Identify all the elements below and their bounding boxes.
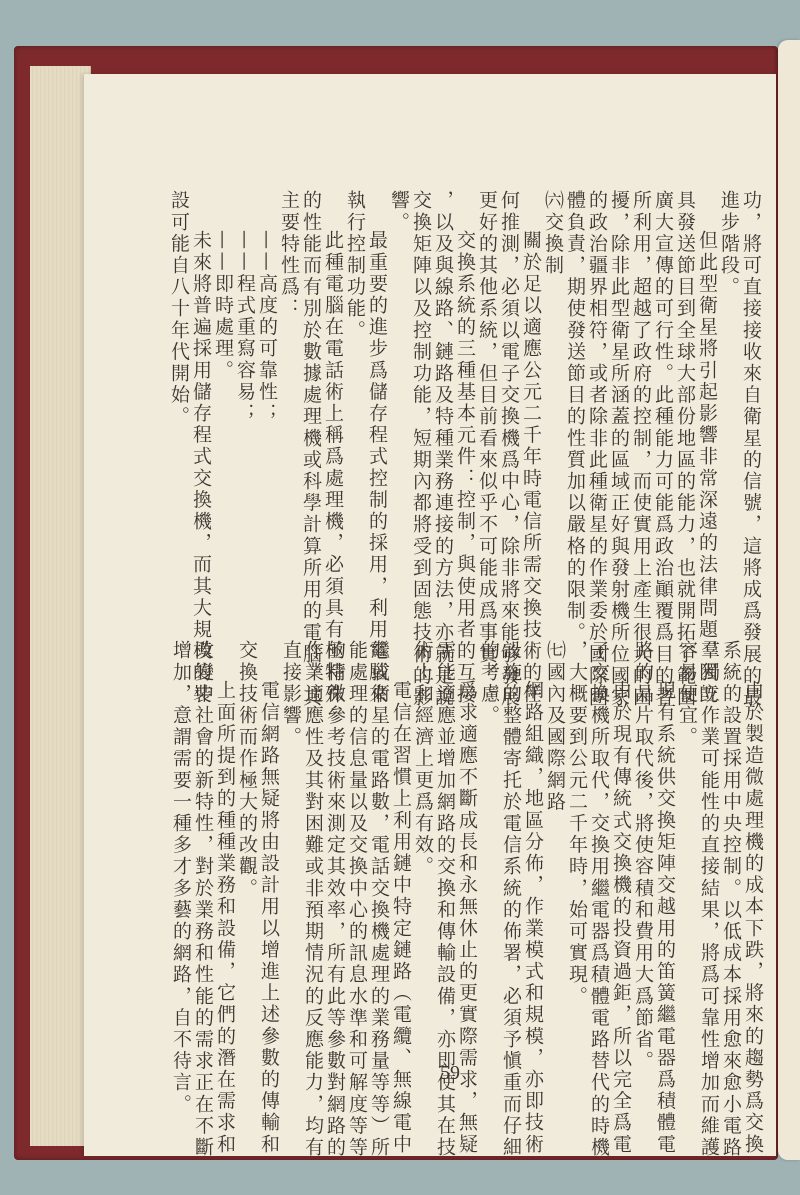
text-line: 路的晶片取代後，將使容積和費用大爲節省。 <box>632 640 654 1060</box>
text-line: 關於足以適應公元二千年時電信所需交換技術的任 <box>520 190 542 610</box>
text-line: 具發送節目到全球大部份地區的能力，也就開拓了範圍 <box>674 190 696 610</box>
text-line: 所利用，超越了政府的控制，而使實用上產生很大的困 <box>630 190 652 610</box>
text-line: ——高度的可靠性； <box>256 190 278 610</box>
text-line: 系統的設置採用中央控制。以低成本採用愈來愈小電路 <box>720 640 742 1060</box>
text-line: ——即時處理。 <box>212 190 234 610</box>
text-line: 響。 <box>388 190 410 610</box>
text-line: 電信在習慣上利用鏈中特定鏈路（電纜、無線電中 <box>390 640 412 1060</box>
text-line: 執行控制功能。 <box>344 190 366 610</box>
text-line: 網路組織，地區分佈，作業模式和規模，亦即技術 <box>522 640 544 1060</box>
text-line: 設可能自八十年代開始。 <box>168 190 190 610</box>
text-line: 交換矩陣以及控制功能，短期內都將受到固態技術的影 <box>410 190 432 610</box>
text-line: 羣獨立作業可能性的直接結果，將爲可靠性增加而維護 <box>698 640 720 1060</box>
facing-page-edge <box>778 40 800 1160</box>
text-line: 廣大宣傳的可行性。此種能力可能爲政治顚覆爲目的者 <box>652 190 674 610</box>
text-line: 的精微參考技術來測定其效率，所有此等參數對網路的 <box>324 640 346 1060</box>
text-line: 最重要的進步爲儲存程式控制的採用，利用電腦來 <box>366 190 388 610</box>
text-line: ，大概要到公元二千年時，始可實現。 <box>566 640 588 1060</box>
text-line: 進步階段。 <box>718 190 740 610</box>
text-line: 的性能而有別於數據處理機或科學計算所用的電腦。其 <box>300 190 322 610</box>
text-line: 的考慮。 <box>478 640 500 1060</box>
text-line: 容易便宜。 <box>676 640 698 1060</box>
text-line: 此種電腦在電話術上稱爲處理機，必須具有極特殊 <box>322 190 344 610</box>
text-line: 現有系統供交換矩陣交越用的笛簧繼電器爲積體電 <box>654 640 676 1060</box>
text-line: 功，將可直接接收來自衛星的信號，這將成爲發展的最 <box>740 190 762 610</box>
text-section-bottom: 由於製造微處理機的成本下跌，將來的趨勢爲交換系統的設置採用中央控制。以低成本採用… <box>170 640 764 1060</box>
text-line: 術上和經濟上更爲有效。 <box>412 640 434 1060</box>
text-line: 體負責，期使發送節目的性質加以嚴格的限制。 <box>564 190 586 610</box>
text-line: 擾，除非此型衛星所涵蓋的區域正好與發射機所位國家 <box>608 190 630 610</box>
text-section-top: 功，將可直接接收來自衛星的信號，這將成爲發展的最進步階段。但此型衛星將引起影響非… <box>168 190 762 610</box>
text-line: 更好的其他系統，但目前看來似乎不可能成爲事實。 <box>476 190 498 610</box>
text-line: 主要特性爲： <box>278 190 300 610</box>
page-number: 59 <box>440 1062 460 1085</box>
text-line: 交換技術而作極大的改觀。 <box>236 640 258 1060</box>
text-line: 設施的整體寄托於電信系統的佈署，必須予愼重而仔細 <box>500 640 522 1060</box>
text-line: 能處理的信息量以及交換中心的訊息水準和可解度等等 <box>346 640 368 1060</box>
text-line: 但此型衛星將引起影響非常深遠的法律問題，因旣 <box>696 190 718 610</box>
text-line: 直接影響。 <box>280 640 302 1060</box>
text-line: 上面所提到的種種業務和設備，它們的潛在需求和 <box>214 640 236 1060</box>
text-line: 由於現有傳統式交換機的投資過鉅，所以完全爲電 <box>610 640 632 1060</box>
text-line: 子交換機所取代，交換用繼電器爲積體電路替代的時機 <box>588 640 610 1060</box>
text-line: 作業適應性及其對困難或非預期情況的反應能力，均有 <box>302 640 324 1060</box>
text-line: 電信網路無疑將由設計用以增進上述參數的傳輸和 <box>258 640 280 1060</box>
text-line: 爲求適應不斷成長和永無休止的更實際需求，無疑 <box>456 640 478 1060</box>
text-line: 交換系統的三種基本元件：控制，與使用者的互接 <box>454 190 476 610</box>
text-line: 改變中社會的新特性，對於業務和性能的需求正在不斷 <box>192 640 214 1060</box>
text-line: 增加，意謂需要一種多才多藝的網路，自不待言。 <box>170 640 192 1060</box>
section-heading: ㈦國內及國際網路 <box>544 640 566 1060</box>
page-stack-edge <box>30 66 91 1146</box>
text-line: 未來將普遍採用儲存程式交換機，而其大規模的裝 <box>190 190 212 610</box>
section-heading: ㈥交換制 <box>542 190 564 610</box>
text-line: 的政治疆界相符，或者除非此種衛星的作業委於國際團 <box>586 190 608 610</box>
text-line: 何推測，必須以電子交換機爲中心，除非將來能够發展 <box>498 190 520 610</box>
text-line: 繼或衛星的電路數，電話交換機處理的業務量等等）所 <box>368 640 390 1060</box>
text-line: 需能適應並增加網路的交換和傳輸設備，亦即使其在技 <box>434 640 456 1060</box>
text-line: ，以及與線路、鏈路及特種業務連接的方法，亦就是說 <box>432 190 454 610</box>
text-line: 由於製造微處理機的成本下跌，將來的趨勢爲交換 <box>742 640 764 1060</box>
text-line: ——程式重寫容易； <box>234 190 256 610</box>
